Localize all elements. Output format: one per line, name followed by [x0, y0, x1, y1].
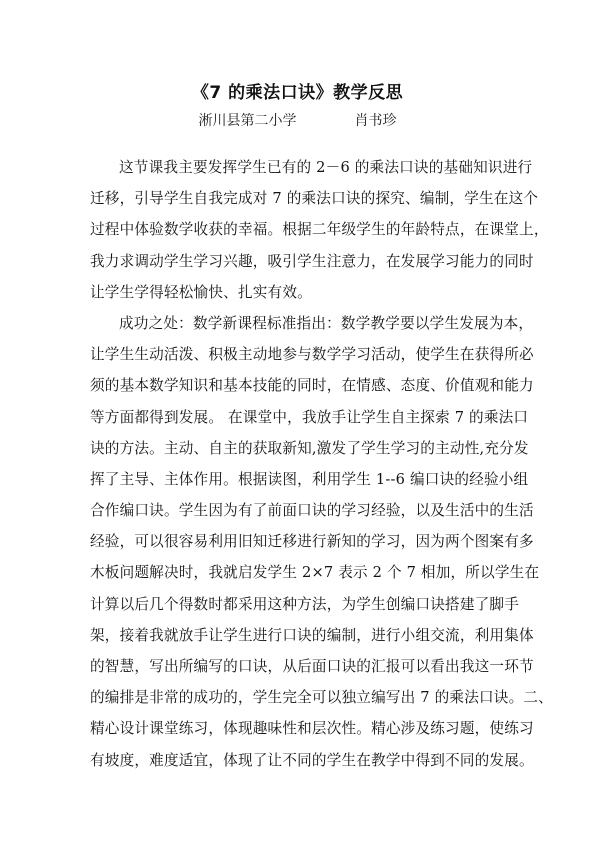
text-line: 过程中体验数学收获的幸福。根据二年级学生的年龄特点，在课堂上， [90, 214, 510, 245]
document-page: 《7 的乘法口诀》教学反思 淅川县第二小学肖书珍 这节课我主要发挥学生已有的 2… [0, 0, 595, 842]
text-line: 有坡度，难度适宜，体现了让不同的学生在教学中得到不同的发展。 [90, 745, 510, 776]
paragraph-2: 成功之处：数学新课程标准指出：数学教学要以学生发展为本， 让学生生动活泼、积极主… [90, 308, 510, 776]
text-line: 精心设计课堂练习，体现趣味性和层次性。精心涉及练习题，使练习 [90, 713, 510, 744]
text-line: 诀的方法。主动、自主的获取新知,激发了学生学习的主动性,充分发 [90, 433, 510, 464]
document-body: 这节课我主要发挥学生已有的 2－6 的乘法口诀的基础知识进行 迁移，引导学生自我… [90, 152, 510, 776]
school-name: 淅川县第二小学 [199, 113, 297, 129]
text-line: 的智慧，写出所编写的口诀，从后面口诀的汇报可以看出我这一环节 [90, 651, 510, 682]
author-name: 肖书珍 [355, 113, 397, 129]
document-title: 《7 的乘法口诀》教学反思 [0, 78, 595, 103]
text-line: 架，接着我就放手让学生进行口诀的编制，进行小组交流，利用集体 [90, 620, 510, 651]
text-line: 成功之处：数学新课程标准指出：数学教学要以学生发展为本， [90, 308, 510, 339]
byline: 淅川县第二小学肖书珍 [0, 110, 595, 130]
text-line: 须的基本数学知识和基本技能的同时，在情感、态度、价值观和能力 [90, 370, 510, 401]
text-line: 计算以后几个得数时都采用这种方法，为学生创编口诀搭建了脚手 [90, 589, 510, 620]
text-line: 等方面都得到发展。 在课堂中，我放手让学生自主探索 7 的乘法口 [90, 402, 510, 433]
text-line: 的编排是非常的成功的，学生完全可以独立编写出 7 的乘法口诀。二、 [90, 682, 510, 713]
text-line: 让学生学得轻松愉快、扎实有效。 [90, 277, 510, 308]
text-line: 经验，可以很容易利用旧知迁移进行新知的学习，因为两个图案有多 [90, 526, 510, 557]
text-line: 木板问题解决时，我就启发学生 2×7 表示 2 个 7 相加，所以学生在 [90, 557, 510, 588]
text-line: 让学生生动活泼、积极主动地参与数学学习活动，使学生在获得所必 [90, 339, 510, 370]
text-line: 挥了主导、主体作用。根据读图，利用学生 1--6 编口诀的经验小组 [90, 464, 510, 495]
text-line: 合作编口诀。学生因为有了前面口诀的学习经验，以及生活中的生活 [90, 495, 510, 526]
text-line: 迁移，引导学生自我完成对 7 的乘法口诀的探究、编制，学生在这个 [90, 183, 510, 214]
text-line: 我力求调动学生学习兴趣，吸引学生注意力，在发展学习能力的同时 [90, 246, 510, 277]
text-line: 这节课我主要发挥学生已有的 2－6 的乘法口诀的基础知识进行 [90, 152, 510, 183]
paragraph-1: 这节课我主要发挥学生已有的 2－6 的乘法口诀的基础知识进行 迁移，引导学生自我… [90, 152, 510, 308]
